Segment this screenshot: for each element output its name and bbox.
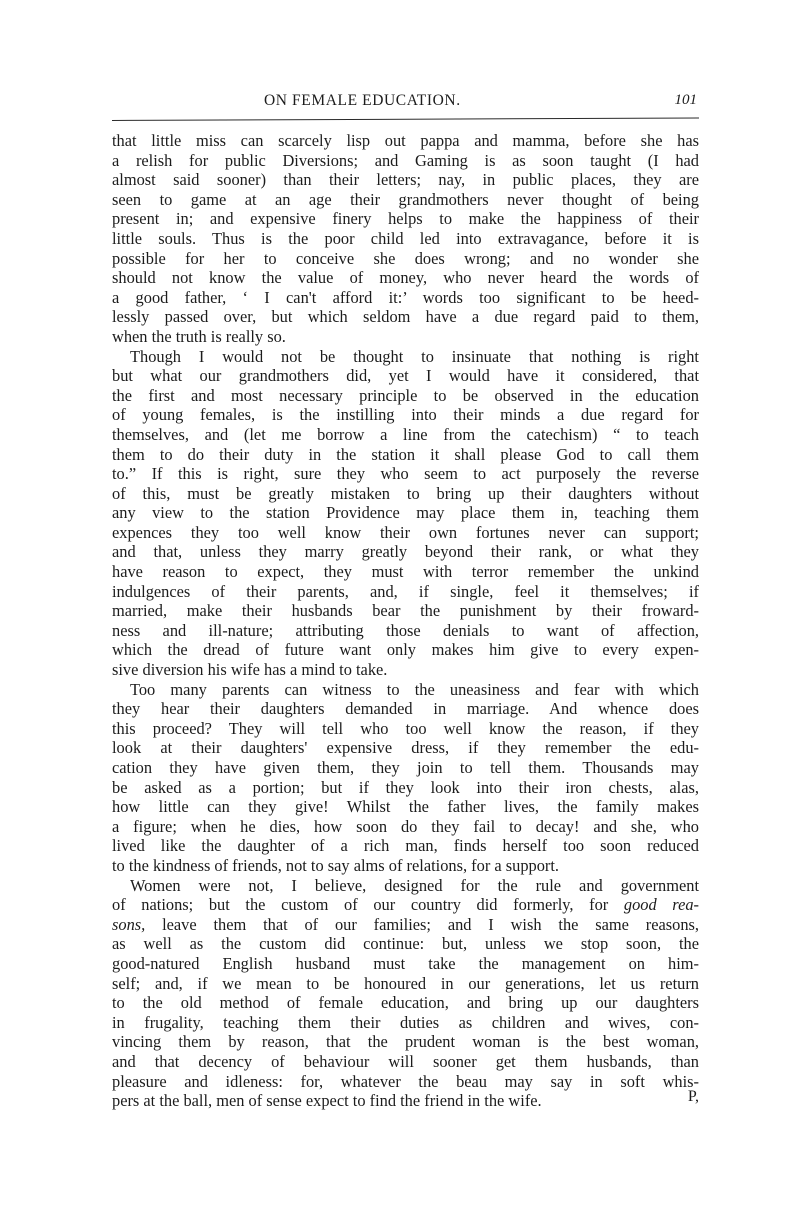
line-text: seen to game at an age their grandmother…: [112, 190, 699, 209]
text-line: of young females, is the instilling into…: [112, 405, 699, 425]
line-text: a relish for public Diversions; and Gami…: [112, 151, 699, 170]
text-line: self; and, if we mean to be honoured in …: [112, 974, 699, 994]
text-line: sive diversion his wife has a mind to ta…: [112, 660, 699, 680]
text-line: cation they have given them, they join t…: [112, 758, 699, 778]
line-text: Women were not, I believe, designed for …: [130, 876, 699, 895]
page-number: 101: [675, 92, 698, 109]
line-text: the first and most necessary principle t…: [112, 386, 699, 405]
line-text: little souls. Thus is the poor child led…: [112, 229, 699, 248]
text-line: Women were not, I believe, designed for …: [112, 876, 699, 896]
text-line: lived like the daughter of a rich man, f…: [112, 836, 699, 856]
text-line: as well as the custom did continue: but,…: [112, 934, 699, 954]
text-line: sons, leave them that of our families; a…: [112, 915, 699, 935]
line-text: self; and, if we mean to be honoured in …: [112, 974, 699, 993]
line-text: sive diversion his wife has a mind to ta…: [112, 660, 387, 679]
line-text: Though I would not be thought to insinua…: [130, 347, 699, 366]
text-line: have reason to expect, they must with te…: [112, 562, 699, 582]
line-text: and that decency of behaviour will soone…: [112, 1052, 699, 1071]
line-text: leave them that of our families; and I w…: [145, 915, 699, 934]
text-line: Though I would not be thought to insinua…: [112, 347, 699, 367]
text-line: how little can they give! Whilst the fat…: [112, 797, 699, 817]
text-line: lessly passed over, but which seldom hav…: [112, 307, 699, 327]
text-line: be asked as a portion; but if they look …: [112, 778, 699, 798]
catchword: P,: [688, 1087, 699, 1107]
text-line: a figure; when he dies, how soon do they…: [112, 817, 699, 837]
header-rule: [112, 117, 699, 121]
line-text: but what our grandmothers did, yet I wou…: [112, 366, 699, 385]
line-text: of this, must be greatly mistaken to bri…: [112, 484, 699, 503]
text-line: seen to game at an age their grandmother…: [112, 190, 699, 210]
line-text: pers at the ball, men of sense expect to…: [112, 1091, 542, 1110]
text-line: possible for her to conceive she does wr…: [112, 249, 699, 269]
body-text: that little miss can scarcely lisp out p…: [112, 131, 699, 1111]
running-head: ON FEMALE EDUCATION. 101: [112, 92, 699, 112]
text-line: expences they too well know their own fo…: [112, 523, 699, 543]
line-text: a good father, ‘ I can't afford it:’ wor…: [112, 288, 699, 307]
italic-text: sons,: [112, 915, 145, 934]
line-text: ness and ill-nature; attributing those d…: [112, 621, 699, 640]
text-line: themselves, and (let me borrow a line fr…: [112, 425, 699, 445]
line-text: of nations; but the custom of our countr…: [112, 895, 624, 914]
line-text: lived like the daughter of a rich man, f…: [112, 836, 699, 855]
text-line: almost said sooner) than their letters; …: [112, 170, 699, 190]
line-text: to the kindness of friends, not to say a…: [112, 856, 559, 875]
line-text: which the dread of future want only make…: [112, 640, 699, 659]
line-text: and that, unless they marry greatly beyo…: [112, 542, 699, 561]
text-line: vincing them by reason, that the prudent…: [112, 1032, 699, 1052]
text-line: and that, unless they marry greatly beyo…: [112, 542, 699, 562]
text-line: pleasure and idleness: for, whatever the…: [112, 1072, 699, 1092]
line-text: themselves, and (let me borrow a line fr…: [112, 425, 699, 444]
text-line: to.” If this is right, sure they who see…: [112, 464, 699, 484]
text-line: they hear their daughters demanded in ma…: [112, 699, 699, 719]
text-line: any view to the station Providence may p…: [112, 503, 699, 523]
line-text: of young females, is the instilling into…: [112, 405, 699, 424]
line-text: in frugality, teaching them their duties…: [112, 1013, 699, 1032]
line-text: to.” If this is right, sure they who see…: [112, 464, 699, 483]
italic-text: good rea-: [624, 895, 699, 914]
line-text: this proceed? They will tell who too wel…: [112, 719, 699, 738]
line-text: them to do their duty in the station it …: [112, 445, 699, 464]
line-text: when the truth is really so.: [112, 327, 286, 346]
line-text: almost said sooner) than their letters; …: [112, 170, 699, 189]
text-line: and that decency of behaviour will soone…: [112, 1052, 699, 1072]
line-text: have reason to expect, they must with te…: [112, 562, 699, 581]
text-line: when the truth is really so.: [112, 327, 699, 347]
text-line: good-natured English husband must take t…: [112, 954, 699, 974]
text-line: should not know the value of money, who …: [112, 268, 699, 288]
line-text: be asked as a portion; but if they look …: [112, 778, 699, 797]
line-text: expences they too well know their own fo…: [112, 523, 699, 542]
line-text: that little miss can scarcely lisp out p…: [112, 131, 699, 150]
line-text: as well as the custom did continue: but,…: [112, 934, 699, 953]
text-line: but what our grandmothers did, yet I wou…: [112, 366, 699, 386]
line-text: look at their daughters' expensive dress…: [112, 738, 699, 757]
line-text: Too many parents can witness to the unea…: [130, 680, 699, 699]
line-text: to the old method of female education, a…: [112, 993, 699, 1012]
running-title: ON FEMALE EDUCATION.: [264, 92, 461, 110]
text-line: ness and ill-nature; attributing those d…: [112, 621, 699, 641]
text-line: little souls. Thus is the poor child led…: [112, 229, 699, 249]
line-text: should not know the value of money, who …: [112, 268, 699, 287]
text-line: to the old method of female education, a…: [112, 993, 699, 1013]
text-line: that little miss can scarcely lisp out p…: [112, 131, 699, 151]
line-text: pleasure and idleness: for, whatever the…: [112, 1072, 699, 1091]
text-line: of nations; but the custom of our countr…: [112, 895, 699, 915]
line-text: vincing them by reason, that the prudent…: [112, 1032, 699, 1051]
line-text: they hear their daughters demanded in ma…: [112, 699, 699, 718]
text-line: them to do their duty in the station it …: [112, 445, 699, 465]
text-line: in frugality, teaching them their duties…: [112, 1013, 699, 1033]
text-line: married, make their husbands bear the pu…: [112, 601, 699, 621]
text-line: which the dread of future want only make…: [112, 640, 699, 660]
line-text: married, make their husbands bear the pu…: [112, 601, 699, 620]
line-text: cation they have given them, they join t…: [112, 758, 699, 777]
text-line: the first and most necessary principle t…: [112, 386, 699, 406]
text-line: to the kindness of friends, not to say a…: [112, 856, 699, 876]
text-line: a good father, ‘ I can't afford it:’ wor…: [112, 288, 699, 308]
text-line: Too many parents can witness to the unea…: [112, 680, 699, 700]
line-text: indulgences of their parents, and, if si…: [112, 582, 699, 601]
line-text: a figure; when he dies, how soon do they…: [112, 817, 699, 836]
line-text: any view to the station Providence may p…: [112, 503, 699, 522]
text-line: a relish for public Diversions; and Gami…: [112, 151, 699, 171]
text-line: look at their daughters' expensive dress…: [112, 738, 699, 758]
line-text: how little can they give! Whilst the fat…: [112, 797, 699, 816]
line-text: good-natured English husband must take t…: [112, 954, 699, 973]
line-text: lessly passed over, but which seldom hav…: [112, 307, 699, 326]
line-text: possible for her to conceive she does wr…: [112, 249, 699, 268]
text-line: present in; and expensive finery helps t…: [112, 209, 699, 229]
text-line: this proceed? They will tell who too wel…: [112, 719, 699, 739]
line-text: present in; and expensive finery helps t…: [112, 209, 699, 228]
text-line: pers at the ball, men of sense expect to…: [112, 1091, 699, 1111]
text-line: indulgences of their parents, and, if si…: [112, 582, 699, 602]
text-line: of this, must be greatly mistaken to bri…: [112, 484, 699, 504]
